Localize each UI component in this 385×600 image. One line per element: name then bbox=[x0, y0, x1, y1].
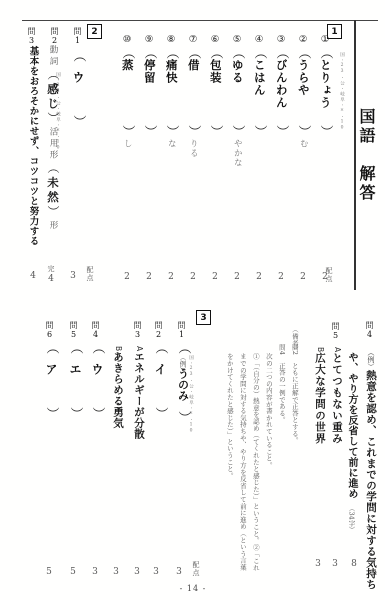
s2-q2-score: 4 bbox=[44, 274, 58, 284]
choice-answer: イ bbox=[154, 363, 166, 375]
choice-answer: ア bbox=[45, 363, 57, 375]
open-paren: （ bbox=[121, 46, 134, 59]
close-paren: ） bbox=[91, 407, 104, 420]
s3-q6-label: 問6 bbox=[45, 321, 53, 340]
s2-q3-score: 4 bbox=[26, 271, 40, 281]
s2-q2-answer: 動詞（感じ）活用形（未然）形 bbox=[45, 45, 61, 232]
remarks-line-3: 次の二つの内容が書かれていること。 bbox=[265, 353, 272, 469]
open-paren: （ bbox=[143, 46, 156, 59]
s3-q5-answer: （ エ ） bbox=[65, 341, 85, 425]
close-paren: ） bbox=[209, 125, 222, 138]
s2-q5-a-answer: Aとてつもない重み bbox=[329, 347, 345, 444]
s3-q5-label: 問5 bbox=[69, 321, 77, 340]
item-score: 2 bbox=[146, 272, 152, 282]
grammar-answer-1: 感じ bbox=[46, 83, 60, 112]
s3-q6-score: 5 bbox=[42, 567, 56, 577]
reading-item-4: ④ （ こはん ） 2 bbox=[249, 32, 269, 282]
reading-item-7: ⑦ （ 借 ） りる 2 bbox=[183, 32, 203, 282]
s3-q3-label: 問3 bbox=[133, 321, 141, 340]
title-divider-rule bbox=[354, 20, 356, 290]
s3-q3-b-answer: Bあきらめる勇気 bbox=[110, 346, 126, 428]
s2-q2-label: 問2 bbox=[50, 27, 58, 46]
answer-text: うのみ bbox=[178, 368, 189, 401]
remarks-line-5: までの学問に対する気持ちや、やり方を反省して前に進め（という言葉 bbox=[239, 353, 246, 571]
close-paren: ） bbox=[297, 125, 310, 138]
item-answer: ゆる bbox=[231, 59, 243, 84]
open-paren: （ bbox=[177, 341, 190, 354]
item-score: 2 bbox=[190, 272, 196, 282]
item-answer: 痛快 bbox=[165, 59, 177, 84]
s3-q2-answer: （ イ ） bbox=[150, 341, 170, 425]
close-paren: ） bbox=[121, 125, 134, 138]
item-okurigana: やかな bbox=[233, 139, 242, 168]
section-1-source-tag: 国・23・公・岐阜・×・10 bbox=[339, 52, 344, 132]
choice-answer: エ bbox=[69, 363, 81, 375]
s3-q1-answer: （ （例） うのみ ） bbox=[173, 341, 193, 429]
section-1-haiten-label: 配点 bbox=[325, 267, 332, 283]
s2-q4-answer-line2: や、やり方を反省して前に進め bbox=[346, 352, 356, 499]
item-number: ⑦ bbox=[189, 34, 198, 45]
item-number: ① bbox=[321, 34, 330, 45]
item-answer: こはん bbox=[253, 59, 265, 97]
open-paren: （ bbox=[154, 341, 167, 354]
remarks-q2-note: 問2 ともに正解で正答とする。 bbox=[291, 344, 298, 444]
s2-q3-label: 問3 bbox=[27, 27, 35, 46]
s2-q4-answer-line1: （例）熱意を認め、これまでの学問に対する気持ち bbox=[363, 349, 379, 590]
item-score: 2 bbox=[278, 272, 284, 282]
open-paren: （ bbox=[69, 341, 82, 354]
grammar-pre-label: 動詞 bbox=[48, 45, 58, 68]
s2-q4-score: 8 bbox=[347, 559, 361, 569]
s2-q5-b-score: 3 bbox=[311, 559, 325, 569]
close-paren: ） bbox=[177, 411, 190, 424]
s3-q1-label: 問1 bbox=[177, 321, 185, 340]
open-paren: （ bbox=[187, 46, 200, 59]
reading-item-8: ⑧ （ 痛快 ） な 2 bbox=[161, 32, 181, 282]
reading-item-3: ③ （ びんわん ） 2 bbox=[271, 32, 291, 282]
item-score: 2 bbox=[124, 272, 130, 282]
item-score: 2 bbox=[234, 272, 240, 282]
remarks-line-4: ①「（自分の）熱意を認め（てくれたと感じた）」ということ。②「これ bbox=[252, 353, 259, 571]
s3-q4-label: 問4 bbox=[91, 321, 99, 340]
open-paren: （ bbox=[72, 49, 85, 62]
item-answer: うらや bbox=[297, 59, 309, 97]
open-paren: （ bbox=[91, 341, 104, 354]
choice-answer: ウ bbox=[72, 71, 84, 83]
section-2-haiten-label: 配点 bbox=[86, 266, 93, 282]
s3-q3-b-score: 3 bbox=[109, 567, 123, 577]
close-paren: ） bbox=[46, 112, 60, 127]
section-3-haiten-label: 配点 bbox=[192, 561, 199, 577]
grammar-answer-2: 未然 bbox=[46, 177, 60, 206]
top-rule bbox=[22, 20, 378, 21]
item-score: 2 bbox=[300, 272, 306, 282]
section-2-box: 2 bbox=[87, 24, 102, 39]
open-paren: （ bbox=[253, 46, 266, 59]
grammar-post-label: 形 bbox=[48, 221, 58, 233]
s2-q3-answer: 基本をおろそかにせず、コツコツと努力する bbox=[28, 46, 38, 246]
answer-text: とてつもない重み bbox=[331, 352, 343, 444]
rei-marker: （例） bbox=[367, 349, 375, 370]
item-number: ⑨ bbox=[145, 34, 154, 45]
open-paren: （ bbox=[46, 162, 60, 177]
item-answer: 包装 bbox=[209, 59, 221, 84]
s3-q2-label: 問2 bbox=[154, 321, 162, 340]
item-answer: 停留 bbox=[143, 59, 155, 84]
s3-q3-a-answer: Aエネルギーが分散 bbox=[131, 346, 147, 439]
close-paren: ） bbox=[45, 407, 58, 420]
answer-text: 熱意を認め、これまでの学問に対する気持ち bbox=[365, 370, 377, 590]
open-paren: （ bbox=[46, 68, 60, 83]
reading-item-6: ⑥ （ 包装 ） 2 bbox=[205, 32, 225, 282]
s2-q4-char-count: （34字） bbox=[348, 505, 355, 533]
close-paren: ） bbox=[275, 125, 288, 138]
reading-item-5: ⑤ （ ゆる ） やかな 2 bbox=[227, 32, 247, 282]
close-paren: ） bbox=[72, 115, 85, 128]
item-number: ③ bbox=[277, 34, 286, 45]
s3-q6-answer: （ ア ） bbox=[41, 341, 61, 425]
answer-text: エネルギーが分散 bbox=[133, 351, 145, 439]
item-number: ② bbox=[299, 34, 308, 45]
close-paren: ） bbox=[154, 407, 167, 420]
close-paren: ） bbox=[46, 206, 60, 221]
open-paren: （ bbox=[297, 46, 310, 59]
item-score: 2 bbox=[168, 272, 174, 282]
open-paren: （ bbox=[231, 46, 244, 59]
answer-sheet-page: 国語 解答 1 国・23・公・岐阜・×・10 ① （ とりょう ） 2 ② （ … bbox=[0, 0, 385, 600]
s2-q1-score: 3 bbox=[66, 271, 80, 281]
reading-item-2: ② （ うらや ） む 2 bbox=[293, 32, 313, 282]
reading-item-1: ① （ とりょう ） 2 bbox=[315, 32, 335, 282]
close-paren: ） bbox=[165, 125, 178, 138]
s2-q5-b-answer: B広大な学問の世界 bbox=[312, 347, 328, 444]
grammar-pre-label-2: 活用形 bbox=[48, 127, 58, 162]
item-okurigana: し bbox=[123, 139, 132, 149]
s3-q1-score: 3 bbox=[172, 567, 186, 577]
page-number: - 14 - bbox=[168, 584, 218, 593]
close-paren: ） bbox=[319, 125, 332, 138]
close-paren: ） bbox=[253, 125, 266, 138]
open-paren: （ bbox=[275, 46, 288, 59]
reading-item-10: ⑩ （ 蒸 ） し 2 bbox=[117, 32, 137, 282]
remarks-line-6: をかけてくれたと感じた）」ということ。 bbox=[226, 353, 233, 479]
item-number: ⑥ bbox=[211, 34, 220, 45]
close-paren: ） bbox=[231, 125, 244, 138]
close-paren: ） bbox=[143, 125, 156, 138]
s2-q1-answer: （ ウ ） bbox=[68, 49, 88, 133]
close-paren: ） bbox=[187, 125, 200, 138]
item-number: ⑩ bbox=[123, 34, 132, 45]
answer-text: あきらめる勇気 bbox=[112, 351, 124, 428]
page-title: 国語 解答 bbox=[358, 108, 374, 203]
s2-q2-kan: 完 bbox=[44, 264, 58, 274]
open-paren: （ bbox=[165, 46, 178, 59]
answer-text: 広大な学問の世界 bbox=[314, 352, 326, 444]
s3-q4-score: 3 bbox=[88, 567, 102, 577]
item-answer: びんわん bbox=[275, 59, 287, 109]
s3-q5-score: 5 bbox=[66, 567, 80, 577]
item-answer: 借 bbox=[187, 59, 199, 72]
close-paren: ） bbox=[69, 407, 82, 420]
item-score: 2 bbox=[256, 272, 262, 282]
s2-q4-label: 問4 bbox=[365, 321, 373, 340]
s3-q3-a-score: 3 bbox=[130, 567, 144, 577]
s3-q2-score: 3 bbox=[149, 567, 163, 577]
section-3-box: 3 bbox=[196, 310, 211, 325]
s2-q5-label: 問5 bbox=[331, 322, 339, 341]
remarks-q4-note: 問4 正答の一例である。 bbox=[278, 344, 285, 423]
s2-q5-a-score: 3 bbox=[328, 559, 342, 569]
s3-q4-answer: （ ウ ） bbox=[87, 341, 107, 425]
choice-answer: ウ bbox=[91, 363, 103, 375]
reading-item-9: ⑨ （ 停留 ） 2 bbox=[139, 32, 159, 282]
open-paren: （ bbox=[45, 341, 58, 354]
item-okurigana: む bbox=[299, 139, 308, 149]
open-paren: （ bbox=[319, 46, 332, 59]
item-okurigana: な bbox=[167, 139, 176, 149]
item-okurigana: りる bbox=[189, 139, 198, 158]
item-number: ⑧ bbox=[167, 34, 176, 45]
item-score: 2 bbox=[212, 272, 218, 282]
item-answer: とりょう bbox=[319, 59, 331, 109]
open-paren: （ bbox=[209, 46, 222, 59]
s2-q1-label: 問1 bbox=[73, 27, 81, 46]
item-number: ⑤ bbox=[233, 34, 242, 45]
item-answer: 蒸 bbox=[121, 59, 133, 72]
item-number: ④ bbox=[255, 34, 264, 45]
